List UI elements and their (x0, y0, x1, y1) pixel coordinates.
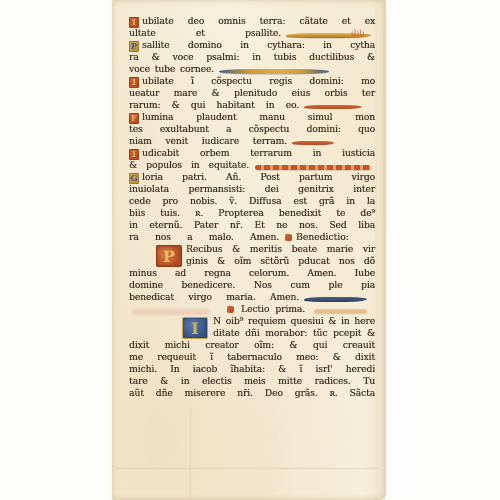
paraph-mark (285, 234, 292, 241)
illuminated-initial-P: P (129, 41, 139, 52)
illuminated-initial-I: I (129, 77, 139, 88)
text-line: cede pro nobis. ṽ. Diffusa est grã in la (129, 196, 375, 208)
text-line: ultate et psallite. (129, 28, 281, 40)
text-line: ra nos a malo. Amen. (129, 232, 279, 244)
line-filler-blue-gold (219, 69, 329, 74)
text-line: & populos in equitate. (129, 160, 249, 172)
text-line: benedicat virgo maria. Amen. (129, 292, 299, 304)
show-through-smudge (132, 309, 210, 315)
illuminated-initial-G: G (129, 173, 139, 184)
text-line: dixit michi creator oĩm: & qui creauit (129, 340, 375, 352)
text-line: niam venit iudicare terram. (129, 136, 287, 148)
faded-line-filler (314, 309, 367, 314)
text-line: ubilate deo omnis terra: cãtate et ex (142, 16, 375, 28)
rubric-heading: Benedictio: (296, 232, 349, 244)
scan-background: ubilate deo omnis terra: cãtate et exult… (0, 0, 500, 500)
parchment-crease (116, 468, 380, 469)
text-line: sallite domino in cythara: in cytha (142, 40, 375, 52)
show-through-text: dib (351, 29, 365, 40)
text-line: biis tuis. ʀ. Propterea benedixit te de⁹ (129, 208, 375, 220)
illuminated-initial-I: I (182, 317, 208, 339)
text-line: tes exultabunt a cõspectu domini: quo (129, 124, 375, 136)
text-line: ditate dñi morabor: tũc pcepit & (213, 328, 375, 340)
text-line: Recibus & meritis beate marie vir (186, 244, 375, 256)
text-line: aũt dñe miserere nr̃i. Deo grãs. ʀ. Sãct… (129, 388, 375, 400)
text-line: tare & in electis meis mitte radices. Tu (129, 376, 375, 388)
text-line: ginis & oĩm sc̃tõrũ pducat nos dõ (186, 256, 375, 268)
text-line: ubilate ĩ cõspectu regis domini: mo (142, 76, 375, 88)
illuminated-initial-F: F (129, 113, 139, 124)
text-line: Lectio prima. (241, 304, 305, 316)
text-line: inuiolata permansisti: dei genitrix inte… (129, 184, 375, 196)
paraph-mark (227, 306, 234, 313)
line-filler-vermillion (304, 105, 362, 109)
illuminated-initial-P: P (156, 245, 182, 267)
illuminated-initial-I: I (129, 17, 139, 28)
text-line: ra & voce psalmi: in tubis ductilibus & (129, 52, 375, 64)
manuscript-leaf: ubilate deo omnis terra: cãtate et exult… (112, 0, 386, 500)
line-filler-patterned (255, 165, 371, 170)
parchment-crease (190, 408, 191, 500)
text-line: domine benedicere. Nos cum ple pia (129, 280, 375, 292)
illuminated-initial-I: I (129, 149, 139, 160)
text-line: voce tube cornee. (129, 64, 214, 76)
text-line: minus ad regna celorum. Amen. Iube (129, 268, 375, 280)
text-line: N oib⁹ requiem quesiui & in here (213, 316, 375, 328)
text-line: lumina plaudent manu simul mon (142, 112, 375, 124)
text-line: michi. In iacob ĩhabita: & ĩ isrl' hered… (129, 364, 375, 376)
line-filler-navy (304, 297, 367, 302)
text-line: udicabit orbem terrarum in iusticia (142, 148, 375, 160)
page-edge-shading (376, 0, 377, 500)
text-line: ueatur mare & plenitudo eius orbis ter (129, 88, 375, 100)
text-line: rarum: & qui habitant in eo. (129, 100, 299, 112)
text-line: loria patri. Añ. Post partum virgo (142, 172, 375, 184)
text-line: me requeuit ĩ tabernaculo meo: & dixit (129, 352, 375, 364)
text-line: in eternũ. Pater nr̃. Et ne nos. Sed lib… (129, 220, 375, 232)
line-filler-vermillion (292, 141, 334, 145)
